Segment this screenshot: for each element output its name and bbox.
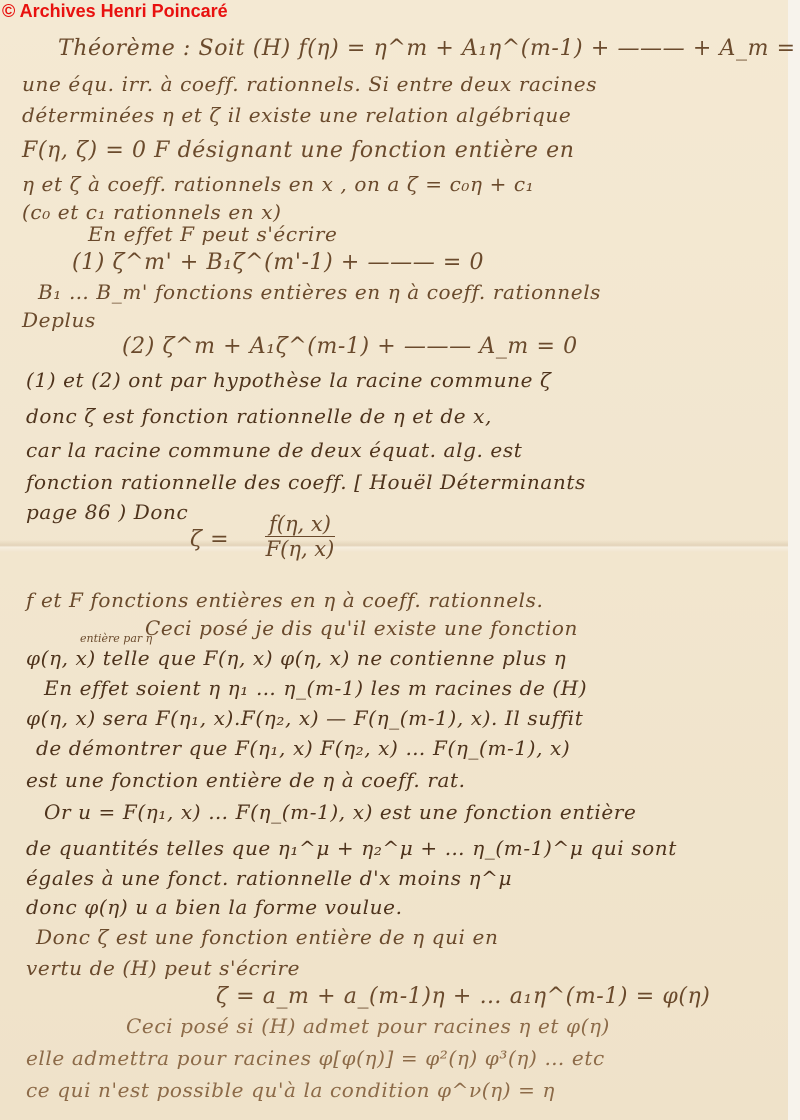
text-line: Ceci posé je dis qu'il existe une foncti… (145, 616, 578, 640)
text-line: vertu de (H) peut s'écrire (26, 956, 300, 980)
text-line: (1) et (2) ont par hypothèse la racine c… (26, 368, 551, 392)
text-line: de quantités telles que η₁^μ + η₂^μ + … … (26, 836, 677, 860)
text-line: égales à une fonct. rationnelle d'x moin… (26, 866, 512, 890)
text-line: ce qui n'est possible qu'à la condition … (26, 1078, 555, 1102)
text-line: Deplus (22, 308, 96, 332)
text-line: Théorème : Soit (H) f(η) = η^m + A₁η^(m-… (58, 36, 800, 61)
text-line: F(η, ζ) = 0 F désignant une fonction ent… (22, 138, 575, 163)
text-line: (c₀ et c₁ rationnels en x) (22, 200, 282, 224)
text-line: Donc ζ est une fonction entière de η qui… (36, 925, 498, 949)
text-line: de démontrer que F(η₁, x) F(η₂, x) … F(η… (36, 736, 570, 760)
text-line: page 86 ) Donc (26, 500, 188, 524)
text-line: En effet F peut s'écrire (88, 222, 337, 246)
page-edge (788, 0, 800, 1120)
text-line: En effet soient η η₁ … η_(m-1) les m rac… (44, 676, 587, 700)
interlinear-note: entière par η (80, 632, 152, 645)
text-line: η et ζ à coeff. rationnels en x , on a ζ… (22, 172, 534, 196)
text-line: φ(η, x) sera F(η₁, x).F(η₂, x) — F(η_(m-… (26, 706, 583, 730)
manuscript-page (0, 0, 788, 1120)
fraction-denominator: F(η, x) (265, 537, 335, 561)
paper-fold (0, 540, 788, 552)
text-line: est une fonction entière de η à coeff. r… (26, 768, 466, 792)
text-line: φ(η, x) telle que F(η, x) φ(η, x) ne con… (26, 646, 566, 670)
fraction-lhs: ζ = (190, 527, 229, 552)
text-line: donc φ(η) u a bien la forme voulue. (26, 895, 403, 919)
text-line: une équ. irr. à coeff. rationnels. Si en… (22, 72, 597, 96)
text-line: donc ζ est fonction rationnelle de η et … (26, 404, 492, 428)
text-line: Or u = F(η₁, x) … F(η_(m-1), x) est une … (44, 800, 636, 824)
archive-watermark: © Archives Henri Poincaré (2, 0, 228, 22)
fraction-numerator: f(η, x) (265, 512, 335, 537)
text-line: déterminées η et ζ il existe une relatio… (22, 103, 571, 127)
text-line: f et F fonctions entières en η à coeff. … (26, 588, 543, 612)
text-line: (1) ζ^m' + B₁ζ^(m'-1) + ——— = 0 (72, 250, 484, 275)
text-line: fonction rationnelle des coeff. [ Houël … (26, 470, 586, 494)
text-line: ζ = a_m + a_(m-1)η + … a₁η^(m-1) = φ(η) (216, 984, 711, 1009)
text-line: B₁ … B_m' fonctions entières en η à coef… (38, 280, 601, 304)
text-line: car la racine commune de deux équat. alg… (26, 438, 522, 462)
text-line: Ceci posé si (H) admet pour racines η et… (126, 1014, 610, 1038)
fraction: f(η, x) F(η, x) (265, 512, 335, 561)
text-line: (2) ζ^m + A₁ζ^(m-1) + ——— A_m = 0 (122, 334, 578, 359)
text-line: elle admettra pour racines φ[φ(η)] = φ²(… (26, 1046, 605, 1070)
